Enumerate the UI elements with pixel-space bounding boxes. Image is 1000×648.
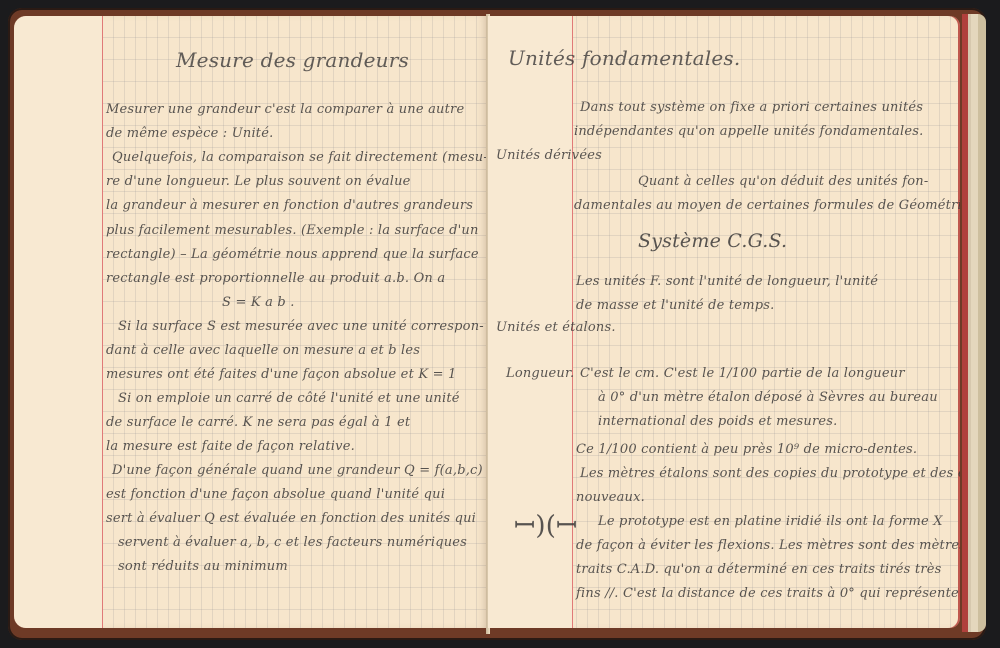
text-line: la mesure est faite de façon relative. [106, 439, 355, 454]
formula-line: S = K a b . [222, 295, 295, 310]
section-heading: Système C.G.S. [638, 230, 787, 252]
text-line: re d'une longueur. Le plus souvent on év… [106, 174, 411, 189]
right-page: Unités fondamentales. Dans tout système … [488, 16, 960, 628]
text-line: la grandeur à mesurer en fonction d'autr… [106, 198, 473, 213]
text-line: fins //. C'est la distance de ces traits… [576, 586, 960, 601]
margin-note: Longueur. [506, 366, 574, 381]
page-edges [962, 14, 986, 632]
left-margin-column [14, 16, 102, 628]
text-line: international des poids et mesures. [598, 414, 837, 429]
text-line: rectangle) – La géométrie nous apprend q… [106, 247, 479, 262]
text-line: rectangle est proportionnelle au produit… [106, 271, 445, 286]
text-line: de masse et l'unité de temps. [576, 298, 774, 313]
text-line: Quant à celles qu'on déduit des unités f… [638, 174, 928, 189]
text-line: sont réduits au minimum [118, 559, 288, 574]
text-line: Le prototype est en platine iridié ils o… [598, 514, 943, 529]
text-line: C'est le cm. C'est le 1/100 partie de la… [580, 366, 905, 381]
right-page-title: Unités fondamentales. [508, 46, 740, 70]
text-line: à 0° d'un mètre étalon déposé à Sèvres a… [598, 390, 938, 405]
text-line: de même espèce : Unité. [106, 126, 273, 141]
text-line: D'une façon générale quand une grandeur … [112, 463, 483, 478]
text-line: Ce 1/100 contient à peu près 10⁹ de micr… [576, 442, 917, 457]
left-margin-rule [102, 16, 103, 628]
text-line: de surface le carré. K ne sera pas égal … [106, 415, 410, 430]
text-line: est fonction d'une façon absolue quand l… [106, 487, 445, 502]
text-line: indépendantes qu'on appelle unités fonda… [574, 124, 923, 139]
text-line: mesures ont été faites d'une façon absol… [106, 367, 456, 382]
left-page: Mesure des grandeurs Mesurer une grandeu… [14, 16, 488, 628]
text-line: traits C.A.D. qu'on a déterminé en ces t… [576, 562, 942, 577]
margin-note: Unités dérivées [496, 148, 602, 163]
text-line: plus facilement mesurables. (Exemple : l… [106, 223, 479, 238]
text-line: Si on emploie un carré de côté l'unité e… [118, 391, 460, 406]
text-line: Mesurer une grandeur c'est la comparer à… [106, 102, 464, 117]
text-line: sert à évaluer Q est évaluée en fonction… [106, 511, 476, 526]
x-section-glyph-icon: ꟷ)(ꟷ [514, 506, 577, 542]
text-line: de façon à éviter les flexions. Les mètr… [576, 538, 960, 553]
text-line: damentales au moyen de certaines formule… [574, 198, 960, 213]
text-line: Les mètres étalons sont des copies du pr… [580, 466, 960, 481]
text-line: Dans tout système on fixe a priori certa… [580, 100, 923, 115]
text-line: Les unités F. sont l'unité de longueur, … [576, 274, 878, 289]
text-line: servent à évaluer a, b, c et les facteur… [118, 535, 467, 550]
text-line: nouveaux. [576, 490, 645, 505]
text-line: Si la surface S est mesurée avec une uni… [118, 319, 484, 334]
left-page-title: Mesure des grandeurs [176, 48, 409, 72]
text-line: dant à celle avec laquelle on mesure a e… [106, 343, 420, 358]
margin-note: Unités et étalons. [496, 320, 616, 335]
text-line: Quelquefois, la comparaison se fait dire… [112, 150, 488, 165]
